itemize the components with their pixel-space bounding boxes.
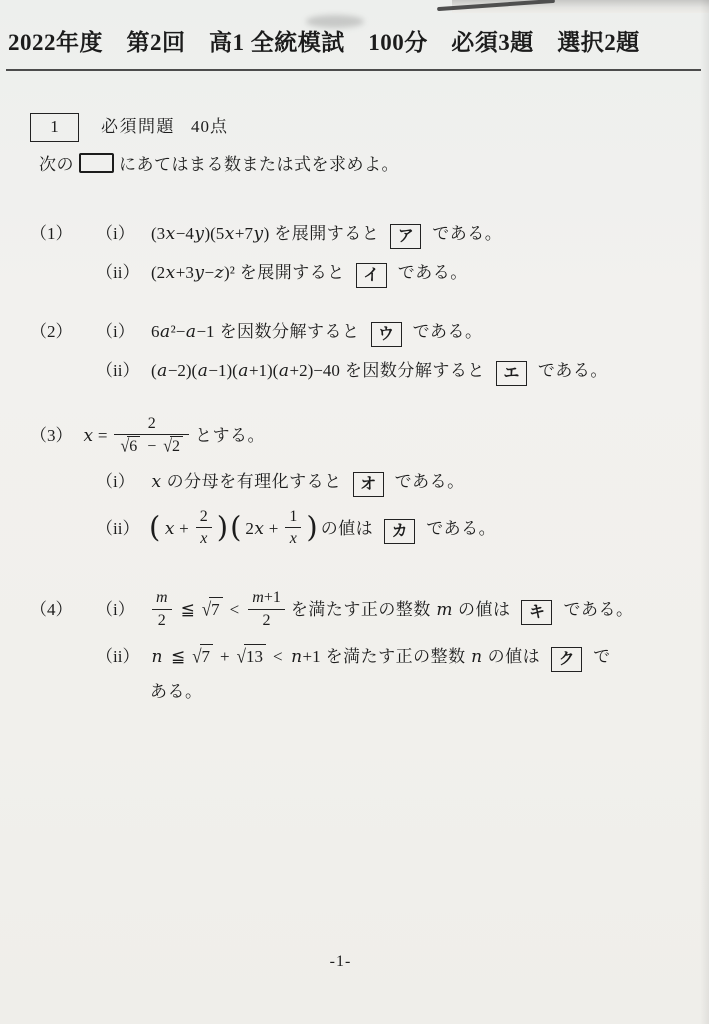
q3-fraction: 2√6−√2 bbox=[114, 414, 189, 456]
question-1-i: （1）（i）(3x−4y)(5x+7y)を展開するとアである。 bbox=[30, 222, 689, 249]
radical-sign: √ bbox=[237, 643, 246, 671]
q3-ii-term1: x + bbox=[164, 519, 188, 538]
q4-i-fraction2: m+12 bbox=[248, 588, 285, 629]
question-4-i: （4）（i）m2≦√7<m+12を満たす正の整数mの値はキである。 bbox=[30, 590, 689, 631]
lt-sign: < bbox=[230, 600, 240, 619]
left-paren: ( bbox=[149, 514, 160, 540]
q1-i-expression: (3x−4y)(5x+7y) bbox=[151, 224, 269, 243]
q2-i-text: を因数分解すると bbox=[220, 322, 360, 341]
leq-sign: ≦ bbox=[171, 647, 185, 666]
left-paren: ( bbox=[230, 514, 241, 540]
q4-i-label: （i） bbox=[96, 598, 148, 623]
right-paren: ) bbox=[306, 514, 317, 540]
q3-intro-post: とする。 bbox=[195, 426, 265, 445]
q1-ii-text: を展開すると bbox=[240, 263, 345, 282]
q3-fraction-denominator: √6−√2 bbox=[114, 434, 189, 456]
instruction-pre: 次の bbox=[39, 155, 74, 174]
q4-ii-text2: の値は bbox=[488, 647, 541, 666]
sqrt-6: √6 bbox=[120, 436, 140, 456]
fraction-numerator: 2 bbox=[196, 507, 212, 527]
q3-i-post: である。 bbox=[395, 472, 465, 491]
question-2-i: （2）（i）6a²−a−1を因数分解するとウである。 bbox=[30, 320, 689, 347]
q3-ii-post: である。 bbox=[426, 519, 496, 538]
answer-box-e: エ bbox=[496, 361, 527, 386]
page-number: -1- bbox=[0, 953, 681, 971]
lt-sign: < bbox=[273, 647, 283, 666]
q4-ii-variable: n bbox=[471, 647, 483, 666]
q4-i-text: を満たす正の整数 bbox=[291, 600, 431, 619]
q1-ii-expression: (2x+3y−z)² bbox=[151, 263, 235, 282]
q2-ii-label: （ii） bbox=[96, 359, 148, 384]
q4-label: （4） bbox=[30, 598, 96, 623]
q4-ii-variable1: n bbox=[151, 647, 163, 666]
q3-intro-body: x =2√6−√2とする。 bbox=[80, 426, 267, 445]
q3-ii-label: （ii） bbox=[96, 517, 148, 542]
q3-ii-text: の値は bbox=[321, 519, 374, 538]
q4-ii-continuation-text: ある。 bbox=[150, 682, 203, 701]
q2-i-expression: 6a²−a−1 bbox=[151, 322, 215, 341]
q1-ii-post: である。 bbox=[398, 263, 468, 282]
section-header: 1 必須問題 40点 bbox=[30, 113, 689, 142]
question-3: （3）x =2√6−√2とする。 （i）xの分母を有理化するとオである。 （ii… bbox=[30, 416, 689, 551]
fraction-denominator: 2 bbox=[248, 609, 285, 630]
radicand: 13 bbox=[244, 644, 266, 670]
q2-ii-text: を因数分解すると bbox=[345, 361, 485, 380]
fraction-denominator: x bbox=[285, 527, 301, 548]
answer-box-ki: キ bbox=[521, 600, 552, 625]
answer-box-a: ア bbox=[390, 224, 421, 249]
question-3-ii: （ii）(x +2x)(2x +1x)の値はカである。 bbox=[30, 509, 689, 550]
fraction-numerator: 1 bbox=[285, 507, 301, 527]
radicand: 7 bbox=[200, 644, 214, 670]
answer-box-o: オ bbox=[353, 472, 384, 497]
sqrt-7: √7 bbox=[192, 644, 213, 670]
q3-i-label: （i） bbox=[96, 470, 148, 495]
q1-ii-label: （ii） bbox=[96, 261, 148, 286]
q4-ii-expression2: n+1 bbox=[291, 647, 321, 666]
q4-ii-label: （ii） bbox=[96, 645, 148, 670]
q1-i-text: を展開すると bbox=[274, 224, 379, 243]
section-points: 40点 bbox=[191, 115, 228, 140]
q2-ii-post: である。 bbox=[538, 361, 608, 380]
q1-i-label: （i） bbox=[96, 222, 148, 247]
leq-sign: ≦ bbox=[181, 600, 195, 619]
q4-ii-text: を満たす正の整数 bbox=[326, 647, 466, 666]
answer-box-ka: カ bbox=[384, 519, 415, 544]
answer-box-i: イ bbox=[356, 263, 387, 288]
exam-page: 2022年度 第2回 高1 全統模試 100分 必須3題 選択2題 1 必須問題… bbox=[0, 0, 709, 1024]
q3-ii-fraction2: 1x bbox=[285, 507, 301, 548]
scan-smudge bbox=[306, 15, 364, 28]
radicand: 7 bbox=[209, 597, 223, 623]
fraction-numerator: m+1 bbox=[248, 588, 285, 608]
plus-sign: + bbox=[220, 647, 230, 666]
q2-i-label: （i） bbox=[96, 320, 148, 345]
section-title: 必須問題 bbox=[101, 115, 175, 140]
question-1-ii: （ii）(2x+3y−z)²を展開するとイである。 bbox=[30, 261, 689, 288]
q4-i-post: である。 bbox=[563, 600, 633, 619]
q4-i-variable: m bbox=[436, 600, 453, 619]
radical-sign: √ bbox=[163, 436, 172, 457]
right-paren: ) bbox=[217, 514, 228, 540]
question-4: （4）（i）m2≦√7<m+12を満たす正の整数mの値はキである。 （ii）n≦… bbox=[30, 590, 689, 704]
question-1: （1）（i）(3x−4y)(5x+7y)を展開するとアである。 （ii）(2x+… bbox=[30, 222, 689, 288]
q3-i-variable: x bbox=[151, 472, 162, 491]
question-3-intro: （3）x =2√6−√2とする。 bbox=[30, 416, 689, 458]
radical-sign: √ bbox=[202, 597, 211, 625]
minus-sign: − bbox=[147, 438, 156, 455]
exam-content: 1 必須問題 40点 次のにあてはまる数または式を求めよ。 （1）（i）(3x−… bbox=[0, 113, 709, 704]
fraction-denominator: x bbox=[196, 527, 212, 548]
page-title: 2022年度 第2回 高1 全統模試 100分 必須3題 選択2題 bbox=[8, 24, 709, 57]
radical-sign: √ bbox=[192, 643, 201, 671]
answer-box-u: ウ bbox=[371, 322, 402, 347]
section-number-box: 1 bbox=[30, 113, 79, 142]
fraction-denominator: 2 bbox=[152, 609, 172, 630]
q4-i-fraction1: m2 bbox=[152, 588, 172, 629]
section-number: 1 bbox=[50, 115, 59, 140]
instruction: 次のにあてはまる数または式を求めよ。 bbox=[37, 153, 689, 178]
sqrt-13: √13 bbox=[237, 644, 266, 670]
title-divider bbox=[6, 69, 701, 71]
q3-i-text: の分母を有理化すると bbox=[167, 472, 342, 491]
answer-box-ku: ク bbox=[551, 647, 582, 672]
q4-ii-post: で bbox=[593, 647, 611, 666]
question-2-ii: （ii）(a−2)(a−1)(a+1)(a+2)−40を因数分解するとエである。 bbox=[30, 359, 689, 386]
q1-label: （1） bbox=[30, 222, 96, 247]
answer-blank-box bbox=[79, 153, 114, 173]
q2-i-post: である。 bbox=[413, 322, 483, 341]
question-4-ii: （ii）n≦√7+√13<n+1を満たす正の整数nの値はクで bbox=[30, 644, 689, 672]
q3-ii-term2: 2x + bbox=[245, 519, 278, 538]
sqrt-2: √2 bbox=[163, 436, 183, 456]
q4-i-text2: の値は bbox=[458, 600, 511, 619]
q3-ii-fraction1: 2x bbox=[196, 507, 212, 548]
radical-sign: √ bbox=[120, 436, 129, 457]
question-3-i: （i）xの分母を有理化するとオである。 bbox=[30, 470, 689, 497]
q3-fraction-numerator: 2 bbox=[114, 414, 189, 434]
question-2: （2）（i）6a²−a−1を因数分解するとウである。 （ii）(a−2)(a−1… bbox=[30, 320, 689, 386]
sqrt-7: √7 bbox=[202, 597, 223, 623]
q2-ii-expression: (a−2)(a−1)(a+1)(a+2)−40 bbox=[151, 361, 340, 380]
instruction-post: にあてはまる数または式を求めよ。 bbox=[119, 155, 399, 174]
q3-intro-lhs: x = bbox=[83, 426, 107, 445]
fraction-numerator: m bbox=[152, 588, 172, 608]
scan-edge-shadow bbox=[700, 0, 709, 1024]
question-4-ii-continuation: ある。 bbox=[30, 680, 689, 705]
q1-i-post: である。 bbox=[432, 224, 502, 243]
q2-label: （2） bbox=[30, 320, 96, 345]
